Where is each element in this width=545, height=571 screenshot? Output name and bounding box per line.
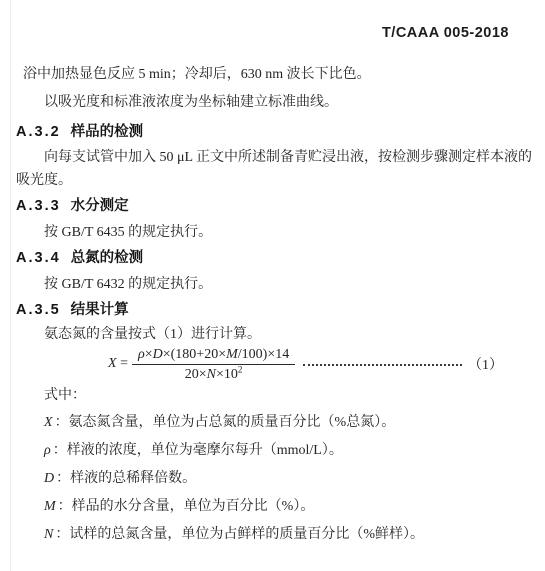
formula-equals-sign: =: [120, 356, 128, 371]
standard-number: T/CAAA 005-2018: [0, 0, 545, 42]
definition-row-d: D：样液的总稀释倍数。: [44, 468, 533, 489]
heading-a3-5-title: 结果计算: [71, 302, 129, 318]
formula-variable-x: X: [108, 356, 117, 371]
formula-fraction: ρ×D×(180+20×M/100)×14 20×N×102: [132, 346, 295, 383]
document-page: T/CAAA 005-2018 浴中加热显色反应 5 min；冷却后，630 n…: [0, 0, 545, 571]
formula-denominator-head: 20×: [185, 367, 207, 382]
heading-a3-5-number: A.3.5: [16, 302, 61, 318]
formula-variable-d: D: [153, 347, 163, 362]
definition-text-x: ：氨态氮含量，单位为占总氮的质量百分比（%总氮）。: [55, 415, 396, 430]
formula-lhs: X =: [108, 356, 128, 372]
formula-denominator: 20×N×102: [185, 365, 243, 383]
formula-numerator-op1: ×: [145, 347, 153, 362]
formula-variable-m: M: [226, 347, 238, 362]
paragraph-a3-5-body: 氨态氮的含量按式（1）进行计算。: [16, 324, 533, 345]
formula-numerator-op2: ×(180+20×: [163, 347, 226, 362]
paragraph-a3-3-body: 按 GB/T 6435 的规定执行。: [16, 222, 533, 243]
heading-a3-3: A.3.3水分测定: [16, 196, 533, 217]
heading-a3-2: A.3.2样品的检测: [16, 122, 533, 143]
definition-symbol-d: D: [44, 471, 54, 486]
dotted-leader: [303, 364, 462, 366]
definition-row-rho: ρ：样液的浓度，单位为毫摩尔每升（mmol/L）。: [44, 440, 533, 461]
definition-symbol-rho: ρ: [44, 443, 51, 458]
definition-symbol-n: N: [44, 527, 53, 542]
equation-number: （1）: [468, 354, 503, 374]
formula-variable-n: N: [207, 367, 216, 382]
formula-rho: ρ: [138, 347, 145, 362]
formula-denominator-tail: ×10: [216, 367, 238, 382]
definition-text-d: ：样液的总稀释倍数。: [56, 471, 196, 486]
definition-text-m: ：样品的水分含量，单位为百分比（%）。: [58, 499, 315, 514]
paragraph-a3-2-body: 向每支试管中加入 50 μL 正文中所述制备青贮浸出液，按检测步骤测定样本液的吸…: [16, 146, 533, 192]
formula-exponent: 2: [238, 364, 243, 374]
definition-text-n: ：试样的总氮含量，单位为占鲜样的质量百分比（%鲜样）。: [55, 527, 424, 542]
definition-row-n: N：试样的总氮含量，单位为占鲜样的质量百分比（%鲜样）。: [44, 524, 533, 545]
formula-equation-1: X = ρ×D×(180+20×M/100)×14 20×N×102 （1）: [108, 346, 503, 382]
heading-a3-3-number: A.3.3: [16, 198, 61, 214]
page-edge-line: [10, 0, 11, 571]
heading-a3-5: A.3.5结果计算: [16, 300, 533, 321]
paragraph-standard-curve: 以吸光度和标准液浓度为坐标轴建立标准曲线。: [16, 92, 533, 113]
formula-numerator-tail: /100)×14: [238, 347, 289, 362]
definition-row-m: M：样品的水分含量，单位为百分比（%）。: [44, 496, 533, 517]
heading-a3-2-number: A.3.2: [16, 124, 61, 140]
where-label: 式中：: [44, 385, 533, 406]
heading-a3-3-title: 水分测定: [71, 198, 129, 214]
heading-a3-4-title: 总氮的检测: [71, 250, 144, 266]
paragraph-colorimetric: 浴中加热显色反应 5 min；冷却后，630 nm 波长下比色。: [16, 64, 533, 85]
definition-symbol-m: M: [44, 499, 56, 514]
heading-a3-4: A.3.4总氮的检测: [16, 248, 533, 269]
formula-numerator: ρ×D×(180+20×M/100)×14: [132, 346, 295, 365]
heading-a3-4-number: A.3.4: [16, 250, 61, 266]
paragraph-a3-4-body: 按 GB/T 6432 的规定执行。: [16, 274, 533, 295]
heading-a3-2-title: 样品的检测: [71, 124, 144, 140]
definition-symbol-x: X: [44, 415, 53, 430]
document-content: 浴中加热显色反应 5 min；冷却后，630 nm 波长下比色。 以吸光度和标准…: [0, 64, 545, 545]
definition-text-rho: ：样液的浓度，单位为毫摩尔每升（mmol/L）。: [53, 443, 343, 458]
definition-row-x: X：氨态氮含量，单位为占总氮的质量百分比（%总氮）。: [44, 412, 533, 433]
